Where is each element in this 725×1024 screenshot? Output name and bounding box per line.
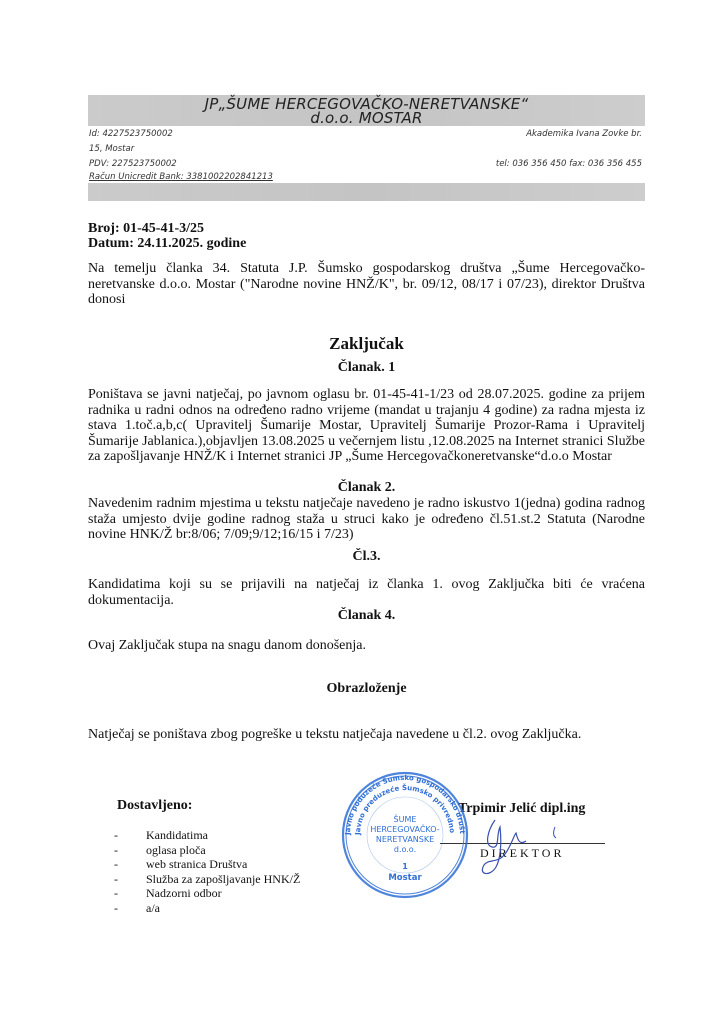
list-item: Nadzorni odbor xyxy=(114,886,300,901)
company-address: Akademika Ivana Zovke br. xyxy=(526,129,642,139)
reasoning-heading: Obrazloženje xyxy=(88,681,645,697)
list-item: Kandidatima xyxy=(114,828,300,843)
document-title: Zaključak xyxy=(88,334,645,354)
article-2-heading: Članak 2. xyxy=(88,480,645,496)
document-date: Datum: 24.11.2025. godine xyxy=(88,236,246,252)
delivered-list: Kandidatima oglasa ploča web stranica Dr… xyxy=(114,828,300,915)
article-3-heading: Čl.3. xyxy=(88,549,645,565)
svg-text:d.o.o.: d.o.o. xyxy=(394,845,416,854)
list-item: web stranica Društva xyxy=(114,857,300,872)
article-2-text: Navedenim radnim mjestima u tekstu natje… xyxy=(88,496,645,543)
article-1-text: Poništava se javni natječaj, po javnom o… xyxy=(88,387,645,465)
list-item: Služba za zapošljavanje HNK/Ž xyxy=(114,872,300,887)
letterhead-bottom-bar xyxy=(88,183,645,201)
company-bank-account: Račun Unicredit Bank: 3381002202841213 xyxy=(89,172,273,182)
article-4-heading: Članak 4. xyxy=(88,608,645,624)
reasoning-text: Natječaj se poništava zbog pogreške u te… xyxy=(88,727,645,743)
company-id: Id: 4227523750002 xyxy=(89,129,173,139)
document-number: Broj: 01-45-41-3/25 xyxy=(88,221,204,237)
svg-text:HERCEGOVAČKO-: HERCEGOVAČKO- xyxy=(370,823,439,834)
list-item: a/a xyxy=(114,901,300,916)
company-contact: tel: 036 356 450 fax: 036 356 455 xyxy=(496,159,642,169)
handwritten-signature xyxy=(470,805,580,885)
company-pdv: PDV: 227523750002 xyxy=(89,159,177,169)
official-stamp: Javno poduzeće Šumsko gospodarsko društv… xyxy=(340,770,470,900)
company-legal-form: d.o.o. MOSTAR xyxy=(88,111,645,125)
article-1-heading: Članak. 1 xyxy=(88,360,645,376)
delivered-heading: Dostavljeno: xyxy=(117,798,192,814)
article-4-text: Ovaj Zaključak stupa na snagu danom dono… xyxy=(88,638,645,654)
article-3-text: Kandidatima koji su se prijavili na natj… xyxy=(88,577,645,608)
svg-text:1: 1 xyxy=(402,862,408,871)
company-city: 15, Mostar xyxy=(89,144,134,154)
preamble: Na temelju članka 34. Statuta J.P. Šumsk… xyxy=(88,261,645,308)
svg-text:ŠUME: ŠUME xyxy=(394,813,417,824)
svg-text:Mostar: Mostar xyxy=(388,873,422,883)
svg-text:NERETVANSKE: NERETVANSKE xyxy=(376,835,434,844)
list-item: oglasa ploča xyxy=(114,843,300,858)
